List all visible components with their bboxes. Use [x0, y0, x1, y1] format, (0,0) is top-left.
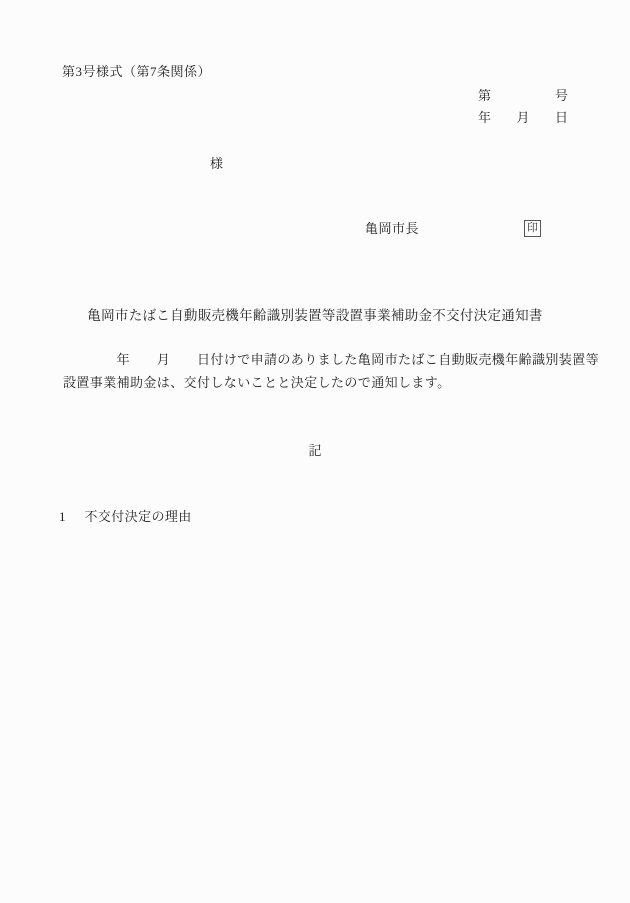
- year-label: 年: [478, 110, 491, 126]
- sender-name: 亀岡市長: [365, 221, 419, 237]
- addressee-honorific: 様: [210, 156, 223, 172]
- list-item: 1 不交付決定の理由: [59, 509, 192, 525]
- doc-number-prefix: 第: [478, 88, 491, 104]
- record-marker: 記: [0, 443, 630, 459]
- date-line: 年 月 日: [478, 110, 568, 126]
- doc-number-suffix: 号: [555, 88, 568, 104]
- body-text-line: 設置事業補助金は、交付しないことと決定したので通知します。: [63, 375, 451, 391]
- doc-number-line: 第 号: [478, 88, 568, 104]
- item-label: 不交付決定の理由: [85, 509, 192, 525]
- document-page: 第3号様式（第7条関係） 第 号 年 月 日 様 亀岡市長 印 亀岡市たばこ自動…: [0, 0, 630, 903]
- seal-placeholder-icon: 印: [524, 220, 541, 237]
- month-label: 月: [516, 110, 529, 126]
- day-label: 日: [555, 110, 568, 126]
- body-text-line: 年 月 日付けで申請のありました亀岡市たばこ自動販売機年齢識別装置等: [63, 352, 599, 368]
- item-number: 1: [59, 509, 66, 525]
- document-title: 亀岡市たばこ自動販売機年齢識別装置等設置事業補助金不交付決定通知書: [0, 308, 630, 324]
- form-number-label: 第3号様式（第7条関係）: [62, 64, 211, 80]
